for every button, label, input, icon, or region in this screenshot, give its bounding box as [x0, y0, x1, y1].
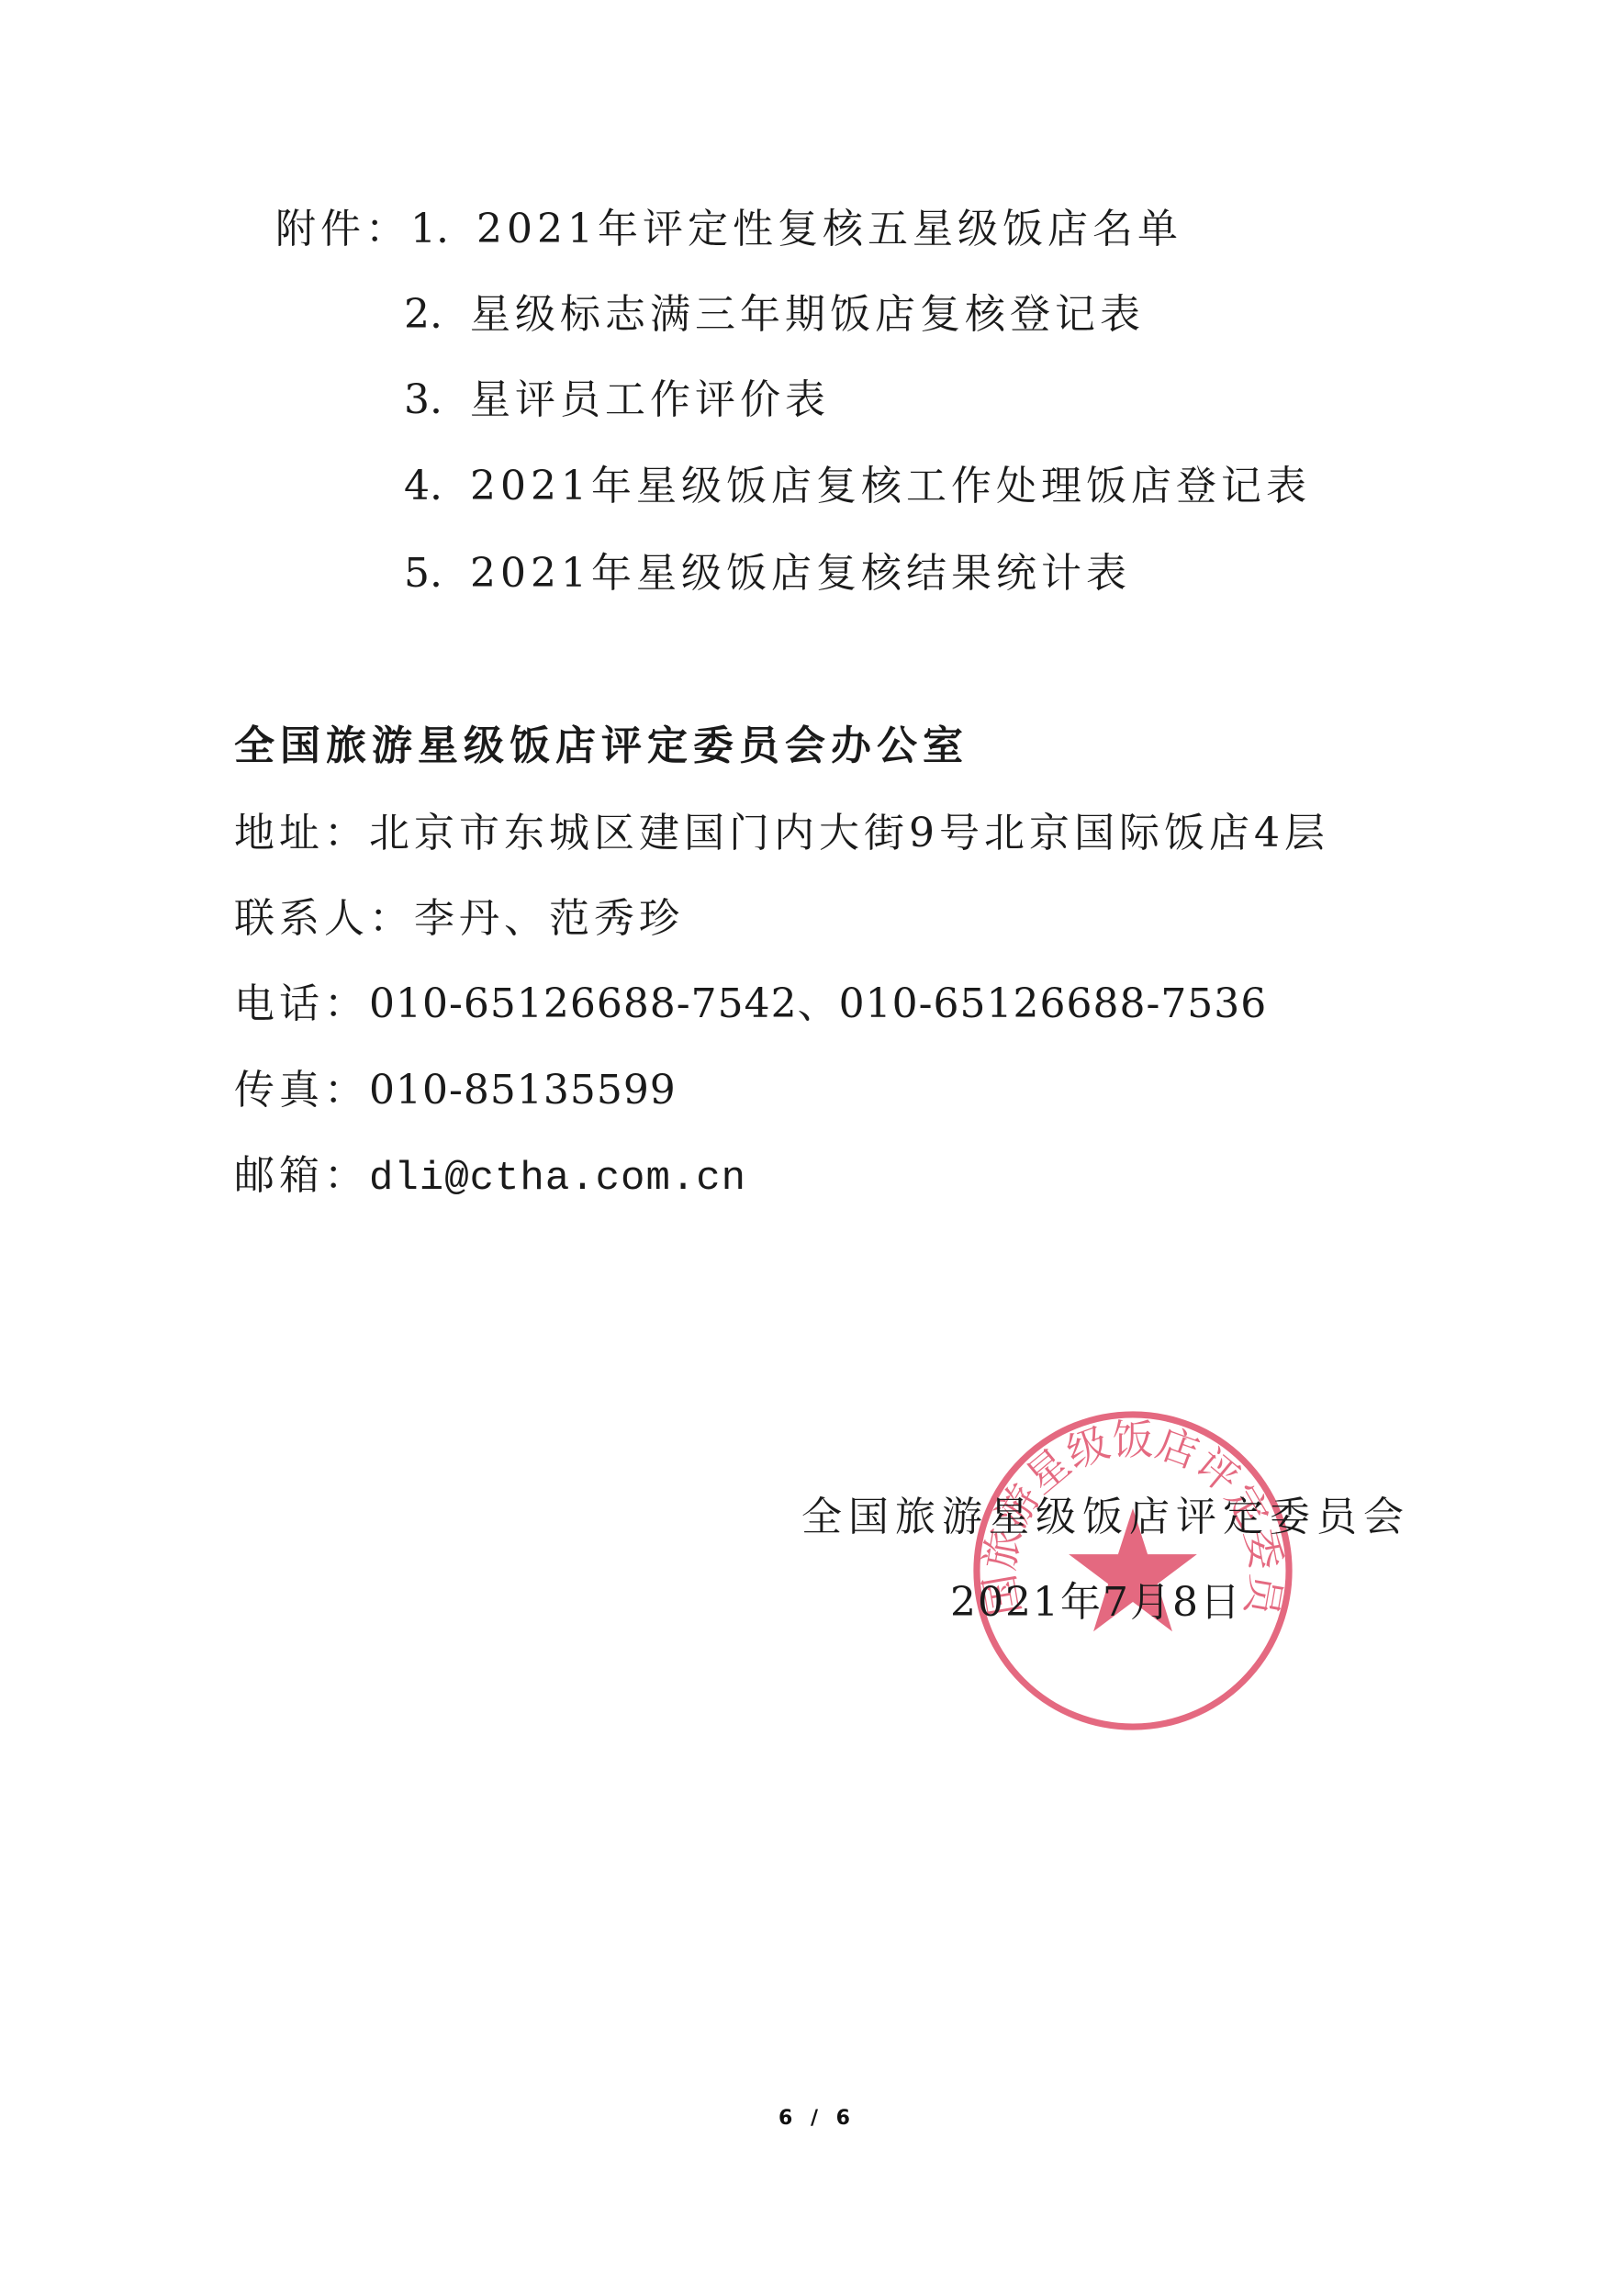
attachment-item: 4.2021年星级饭店复核工作处理饭店登记表: [404, 461, 1311, 512]
office-title: 全国旅游星级饭店评定委员会办公室: [234, 721, 969, 772]
email-label: 邮箱：: [234, 1152, 369, 1199]
attachment-title: 2021年评定性复核五星级饭店名单: [476, 206, 1182, 252]
attachment-item: 3.星评员工作评价表: [404, 375, 830, 426]
attachment-number: 5.: [404, 548, 470, 599]
attachment-title: 星级标志满三年期饭店复核登记表: [470, 291, 1145, 338]
fax-line: 传真：010-85135599: [234, 1065, 677, 1116]
attachment-number: 3.: [404, 375, 470, 426]
attachment-number: 2.: [404, 289, 470, 341]
address-line: 地址：北京市东城区建国门内大街9号北京国际饭店4层: [234, 808, 1329, 859]
email-line: 邮箱：dli@ctha.com.cn: [234, 1150, 746, 1204]
contact-person-line: 联系人：李丹、范秀珍: [234, 893, 684, 945]
signature-organization: 全国旅游星级饭店评定委员会: [801, 1492, 1410, 1543]
attachment-number: 4.: [404, 461, 470, 512]
attachment-item: 2.星级标志满三年期饭店复核登记表: [404, 289, 1145, 341]
attachment-title: 星评员工作评价表: [470, 376, 830, 423]
address-label: 地址：: [234, 810, 369, 856]
fax-value: 010-85135599: [369, 1067, 677, 1114]
attachment-number: 1.: [410, 204, 476, 255]
attachments-list: 附件：1.2021年评定性复核五星级饭店名单: [275, 204, 1182, 255]
attachment-item: 5.2021年星级饭店复核结果统计表: [404, 548, 1131, 599]
address-value: 北京市东城区建国门内大街9号北京国际饭店4层: [369, 810, 1329, 856]
official-seal-icon: 全国旅游星级饭店评定委员会: [969, 1406, 1297, 1735]
fax-label: 传真：: [234, 1067, 369, 1114]
phone-line: 电话：010-65126688-7542、010-65126688-7536: [234, 979, 1267, 1030]
contact-person-label: 联系人：: [234, 895, 414, 942]
phone-value: 010-65126688-7542、010-65126688-7536: [369, 980, 1267, 1027]
phone-label: 电话：: [234, 980, 369, 1027]
page-number: 6 / 6: [778, 2107, 856, 2130]
contact-person-value: 李丹、范秀珍: [414, 895, 684, 942]
attachment-title: 2021年星级饭店复核结果统计表: [470, 550, 1131, 597]
attachments-label: 附件：: [275, 206, 410, 252]
email-link[interactable]: dli@ctha.com.cn: [369, 1156, 746, 1202]
signature-date: 2021年7月8日: [950, 1577, 1242, 1629]
attachment-title: 2021年星级饭店复核工作处理饭店登记表: [470, 463, 1311, 509]
